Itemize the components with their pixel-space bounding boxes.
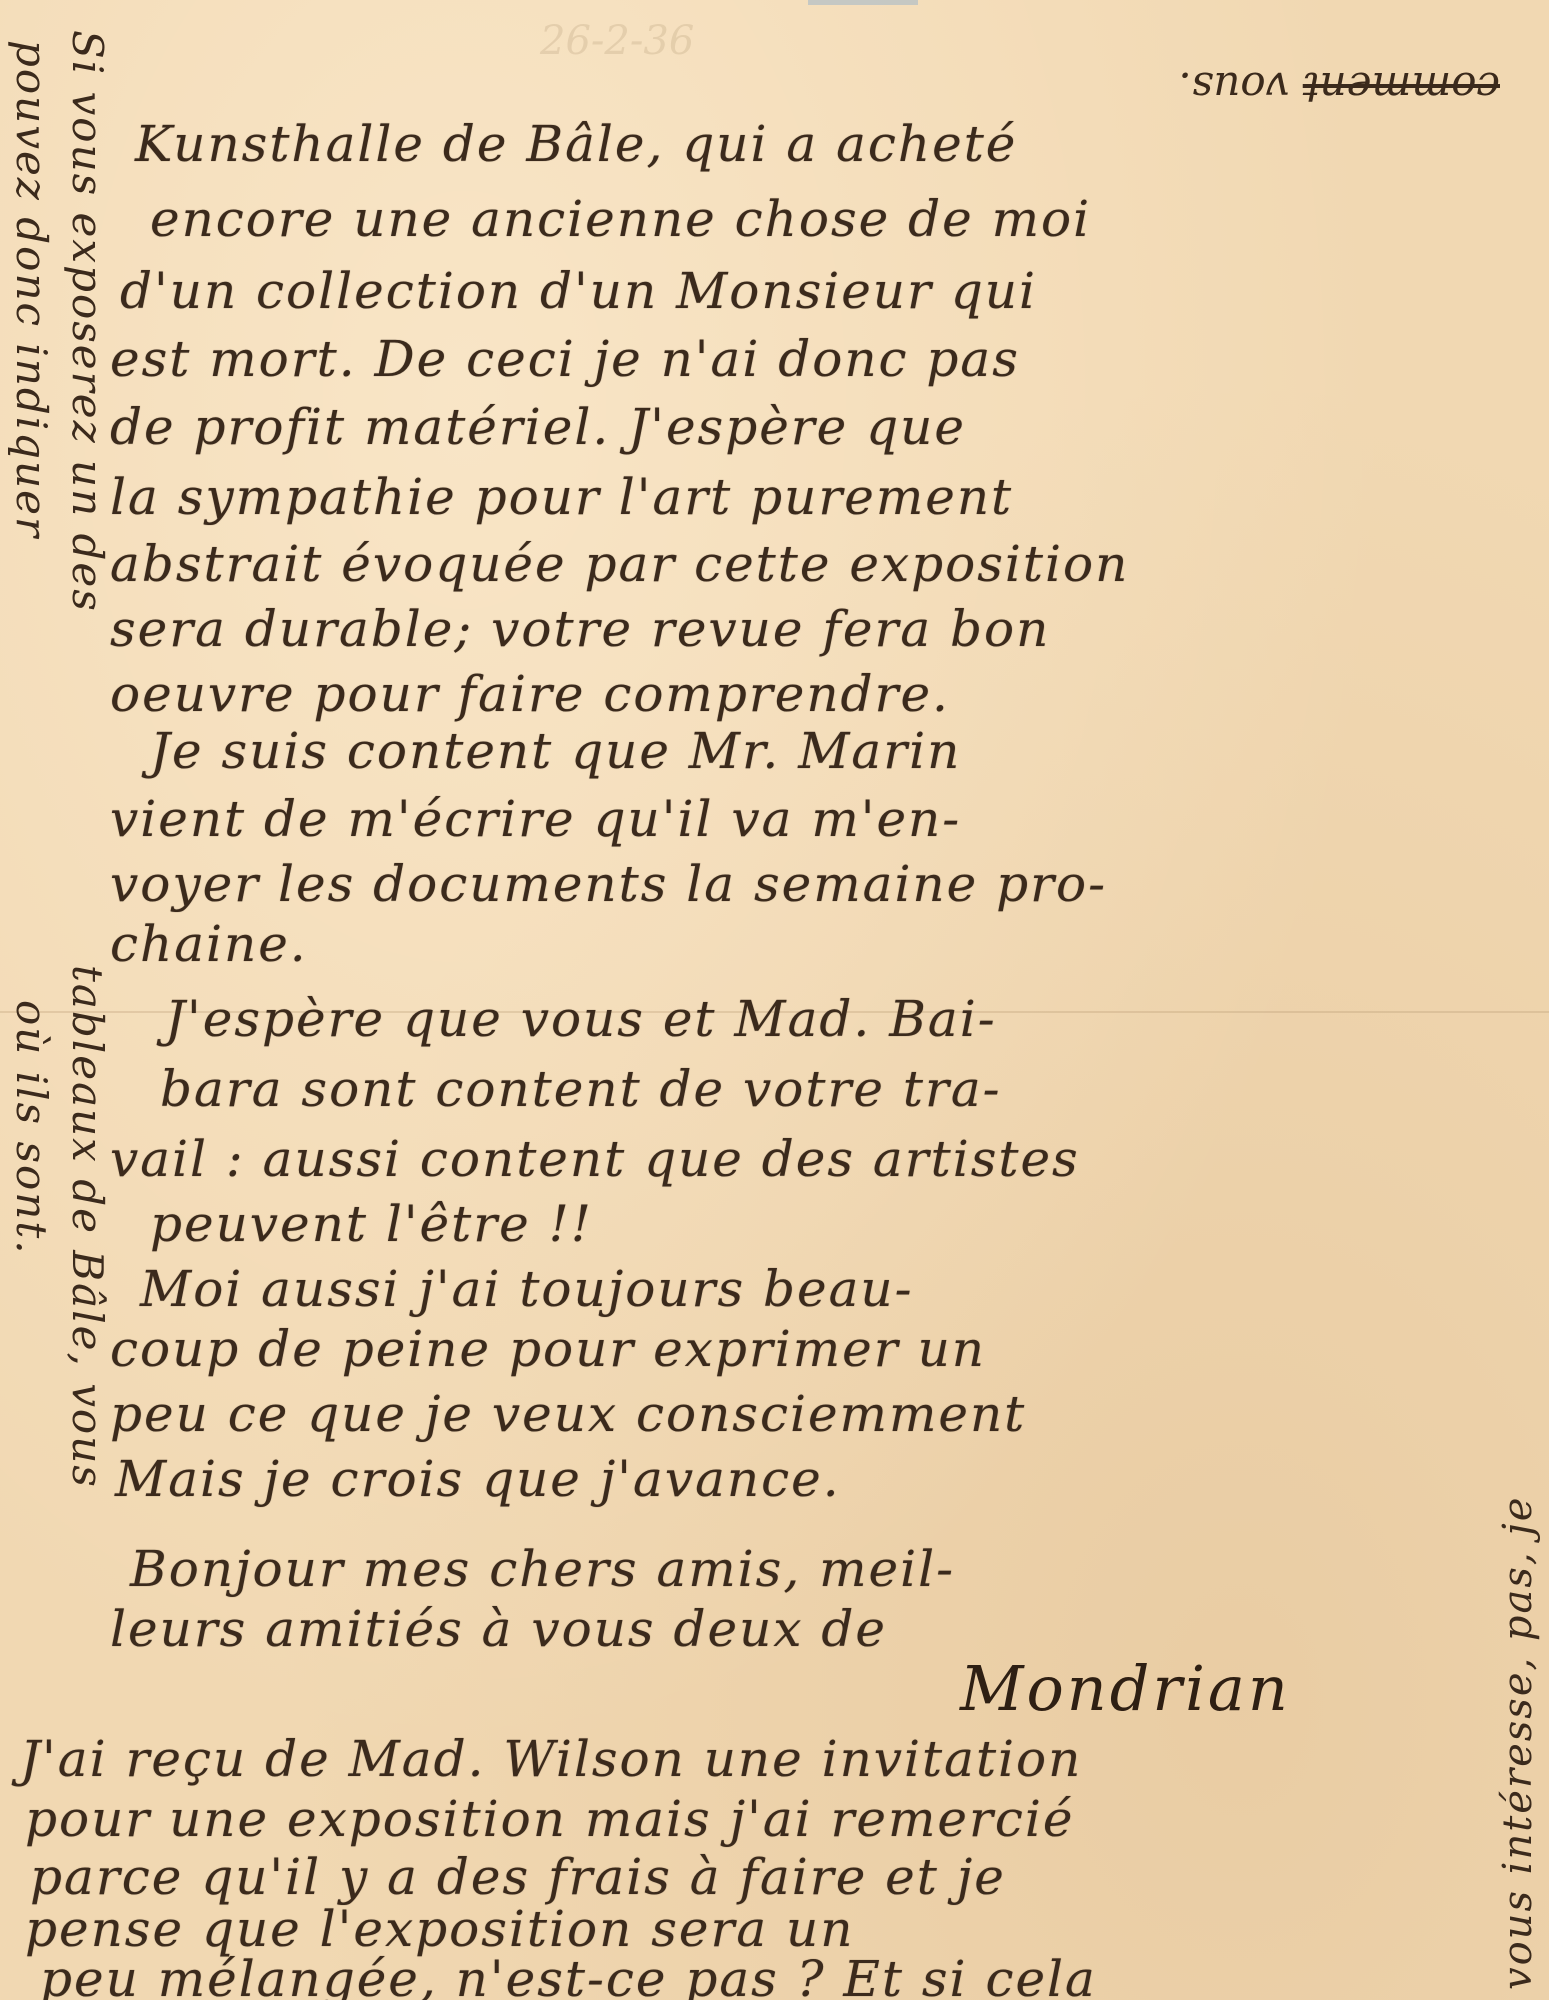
mount-tab (808, 0, 918, 5)
postscript-line: J'ai reçu de Mad. Wilson une invitation (20, 1730, 1082, 1788)
signature: Mondrian (960, 1652, 1291, 1725)
body-line: Je suis content que Mr. Marin (150, 722, 961, 780)
body-line: J'espère que vous et Mad. Bai- (165, 990, 997, 1048)
body-line: vient de m'écrire qu'il va m'en- (110, 790, 961, 848)
struck-word: comment (1303, 63, 1500, 112)
left-margin-line-4: où ils sont. (7, 1000, 56, 1256)
body-line: Bonjour mes chers amis, meil- (130, 1540, 955, 1598)
body-line: est mort. De ceci je n'ai donc pas (110, 330, 1020, 388)
body-line: coup de peine pour exprimer un (110, 1320, 986, 1378)
body-line: peuvent l'être !! (150, 1195, 593, 1253)
body-line: chaine. (110, 915, 308, 973)
body-line: bara sont content de votre tra- (160, 1060, 1002, 1118)
postscript-line: parce qu'il y a des frais à faire et je (30, 1848, 1006, 1906)
body-line: Mais je crois que j'avance. (115, 1450, 841, 1508)
left-margin-line-2: tableaux de Bâle, vous (63, 965, 112, 1489)
right-margin-line-1: vous intéresse, pas, je (1495, 1496, 1541, 1990)
postscript-line: peu mélangée, n'est-ce pas ? Et si cela (40, 1950, 1097, 2000)
body-line: voyer les documents la semaine pro- (110, 855, 1107, 913)
body-line: Kunsthalle de Bâle, qui a acheté (135, 115, 1017, 173)
body-line: peu ce que je veux consciemment (110, 1385, 1026, 1443)
body-line: vail : aussi content que des artistes (110, 1130, 1080, 1188)
upside-text: vous. (1178, 63, 1289, 112)
body-line: encore une ancienne chose de moi (150, 190, 1091, 248)
postscript-line: pour une exposition mais j'ai remercié (25, 1790, 1075, 1848)
body-line: leurs amitiés à vous deux de (110, 1600, 887, 1658)
body-line: oeuvre pour faire comprendre. (110, 665, 950, 723)
body-line: la sympathie pour l'art purement (110, 468, 1013, 526)
body-line: abstrait évoquée par cette exposition (110, 535, 1129, 593)
body-line: de profit matériel. J'espère que (110, 398, 966, 456)
faint-date: 26-2-36 (540, 18, 694, 64)
body-line: sera durable; votre revue fera bon (110, 600, 1050, 658)
upside-down-note: comment vous. (1178, 63, 1500, 112)
body-line: d'un collection d'un Monsieur qui (120, 262, 1037, 320)
left-margin-line-1: Si vous exposerez un des (63, 30, 112, 613)
body-line: Moi aussi j'ai toujours beau- (140, 1260, 914, 1318)
left-margin-line-3: pouvez donc indiquer (7, 40, 56, 539)
